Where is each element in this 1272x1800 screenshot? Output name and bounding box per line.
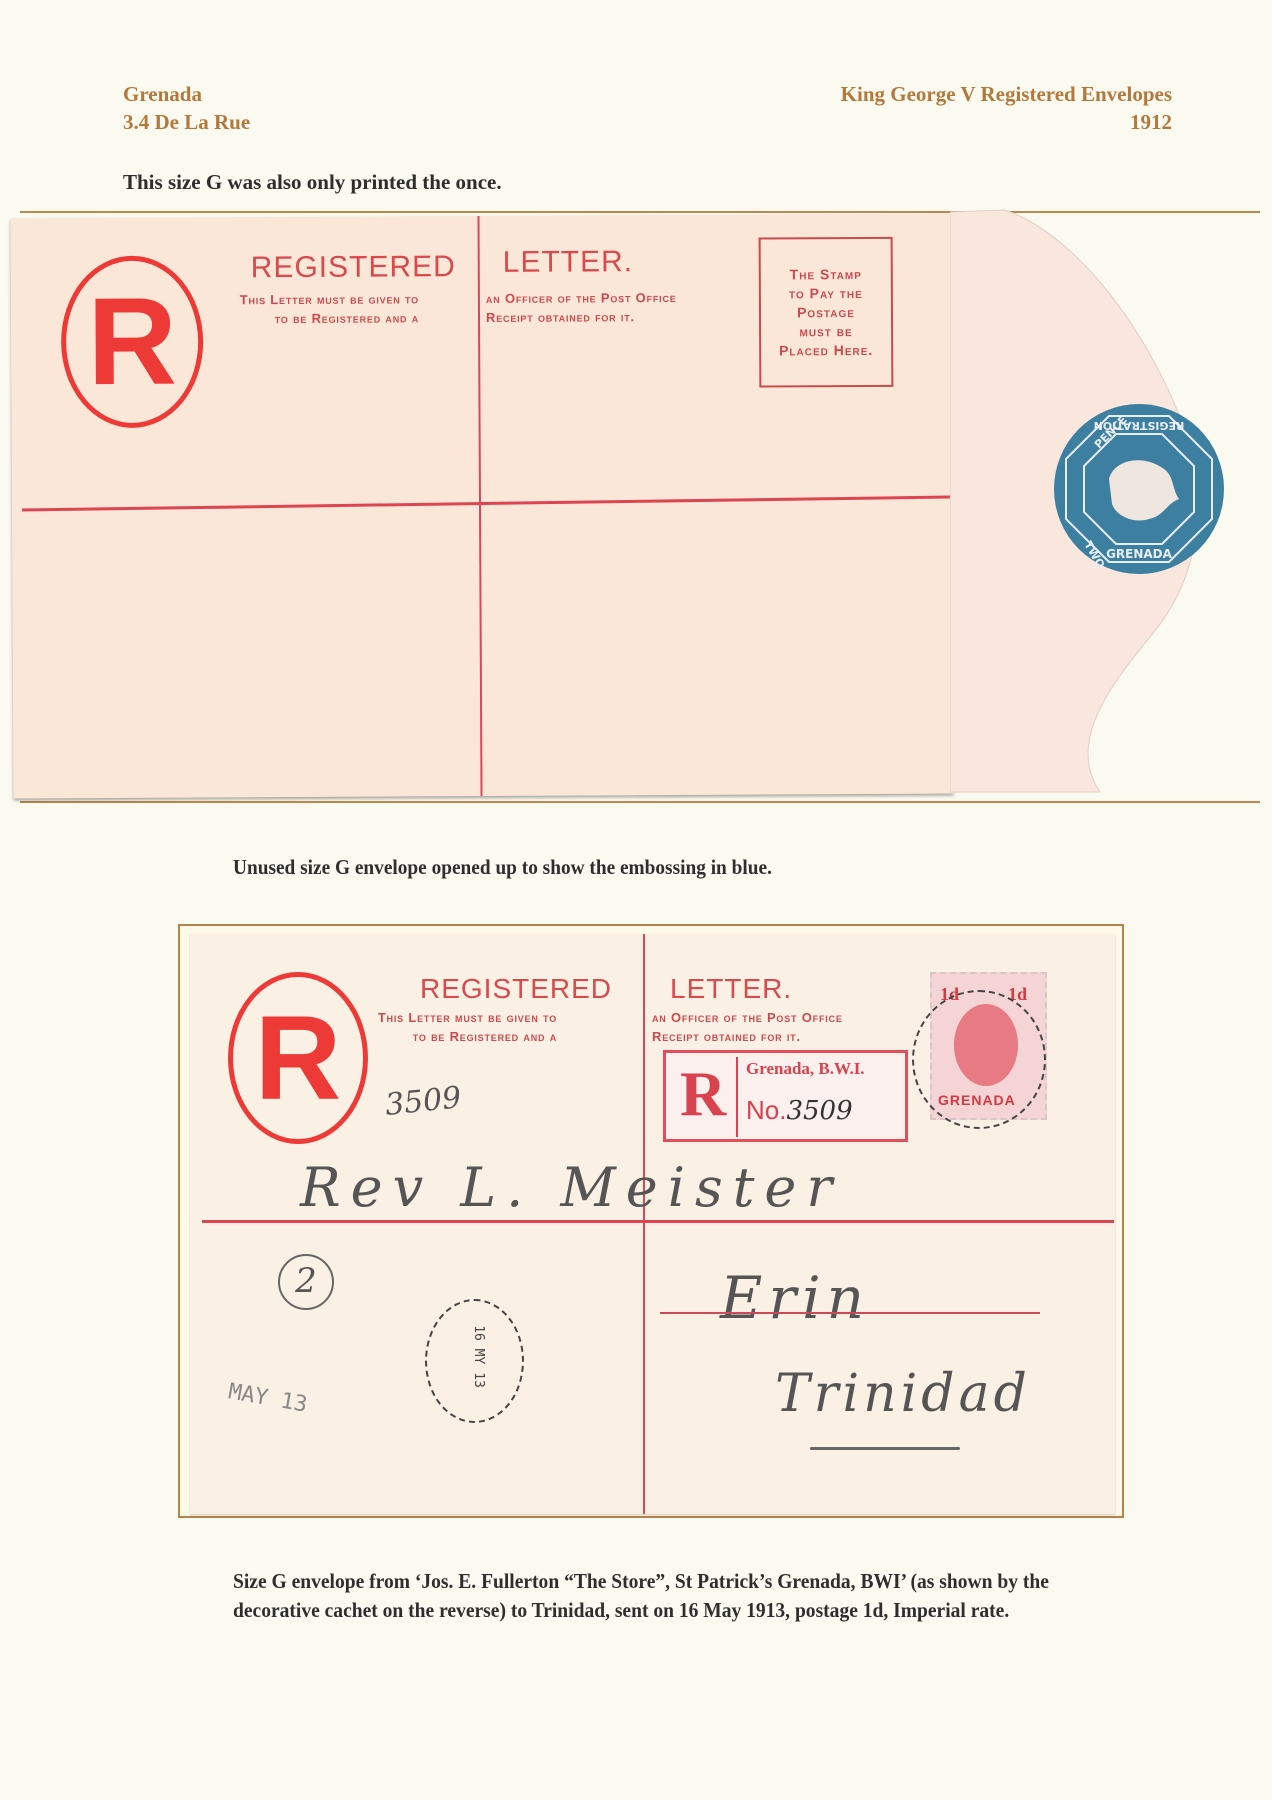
instructions-left: This Letter must be given to to be Regis… (240, 289, 419, 328)
divider-bottom (20, 801, 1260, 803)
reg-label-no: No.3509 (746, 1095, 853, 1126)
instructions-right: an Officer of the Post Office Receipt ob… (652, 1008, 843, 1046)
country-title: Grenada (123, 80, 250, 108)
caption-bottom: Size G envelope from ‘Jos. E. Fullerton … (233, 1567, 1070, 1625)
arrival-datestamp: MAY 13 (226, 1379, 309, 1417)
registration-label: R Grenada, B.W.I. No.3509 (663, 1050, 908, 1142)
title-registered: REGISTERED (420, 973, 612, 1005)
address-line-1: Rev L. Meister (300, 1156, 842, 1219)
unused-envelope: R REGISTERED LETTER. This Letter must be… (10, 214, 953, 799)
underline-erin (660, 1312, 1040, 1314)
backstamp-postmark: 16 MY 13 (425, 1299, 524, 1423)
instructions-right: an Officer of the Post Office Receipt ob… (486, 288, 677, 327)
section-title: 3.4 De La Rue (123, 108, 250, 136)
address-line-2: Erin (720, 1264, 870, 1332)
pencil-registration-number: 3509 (383, 1080, 463, 1123)
stamp-cancellation-postmark (912, 990, 1046, 1129)
caption-middle: Unused size G envelope opened up to show… (233, 853, 772, 882)
year-title: 1912 (841, 108, 1172, 136)
divider-vertical (643, 934, 645, 1514)
instructions-left: This Letter must be given to to be Regis… (378, 1008, 557, 1046)
page-header-right: King George V Registered Envelopes 1912 (841, 80, 1172, 136)
title-letter: LETTER. (670, 973, 792, 1005)
registered-r-oval-icon: R (61, 255, 204, 428)
title-registered: REGISTERED (251, 250, 456, 285)
svg-text:GRENADA: GRENADA (1106, 547, 1173, 561)
address-line-3: Trinidad (775, 1364, 1031, 1424)
collection-title: King George V Registered Envelopes (841, 80, 1172, 108)
divider-horizontal (22, 496, 950, 512)
stamp-placement-box: The Stamp to Pay the Postage must be Pla… (759, 237, 894, 388)
reg-label-divider (736, 1057, 738, 1137)
registered-r-oval-icon: R (228, 972, 368, 1144)
circled-mark: 2 (278, 1254, 334, 1310)
reg-label-place: Grenada, B.W.I. (746, 1059, 865, 1079)
divider-vertical (477, 216, 482, 796)
title-letter: LETTER. (503, 245, 634, 280)
page-header-left: Grenada 3.4 De La Rue (123, 80, 250, 136)
embossed-stamp: REGISTRATION GRENADA PENCE TWO (1054, 404, 1224, 574)
embossed-king-head-icon: REGISTRATION GRENADA PENCE TWO (1054, 404, 1224, 574)
reg-label-r: R (680, 1057, 726, 1131)
underline-trinidad (810, 1447, 960, 1450)
reg-label-number: 3509 (786, 1096, 852, 1126)
caption-top: This size G was also only printed the on… (123, 168, 502, 197)
divider-horizontal (202, 1220, 1114, 1223)
